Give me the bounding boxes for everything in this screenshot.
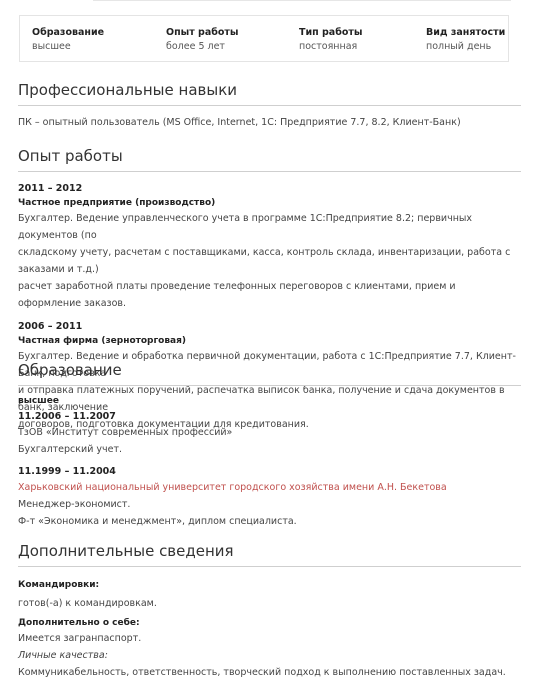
section-title: Образование: [18, 360, 521, 386]
summary-value: высшее: [32, 40, 104, 54]
education-institution: ТзОВ «Институт современных профессий»: [18, 424, 521, 441]
experience-desc-line: складскому учету, расчетам с поставщикам…: [18, 244, 521, 278]
experience-desc-line: расчет заработной платы проведение телеф…: [18, 278, 521, 312]
experience-period: 2006 – 2011: [18, 319, 521, 334]
summary-employment: Вид занятости полный день: [426, 26, 505, 54]
education-item: 11.1999 – 11.2004 Харьковский национальн…: [18, 464, 521, 530]
section-title: Профессиональные навыки: [18, 80, 521, 106]
education-period: 11.2006 – 11.2007: [18, 409, 521, 424]
about-label: Дополнительно о себе:: [18, 616, 521, 630]
experience-company: Частная фирма (зерноторговая): [18, 334, 521, 348]
education-detail: Менеджер-экономист.: [18, 496, 521, 513]
education-item: 11.2006 – 11.2007 ТзОВ «Институт совреме…: [18, 409, 521, 458]
skills-text: ПК – опытный пользователь (MS Office, In…: [18, 114, 521, 131]
skills-section: Профессиональные навыки ПК – опытный пол…: [18, 80, 521, 131]
experience-desc-line: Бухгалтер. Ведение управленческого учета…: [18, 210, 521, 244]
education-period: 11.1999 – 11.2004: [18, 464, 521, 479]
about-line: Имеется загранпаспорт.: [18, 630, 521, 647]
trips-value: готов(-а) к командировкам.: [18, 595, 521, 612]
summary-card: Образование высшее Опыт работы более 5 л…: [19, 15, 509, 62]
summary-education: Образование высшее: [32, 26, 104, 54]
summary-value: полный день: [426, 40, 505, 54]
experience-company: Частное предприятие (производство): [18, 196, 521, 210]
summary-label: Образование: [32, 26, 104, 40]
summary-work-type: Тип работы постоянная: [299, 26, 362, 54]
about-line: Коммуникабельность, ответственность, тво…: [18, 664, 521, 681]
trips-label: Командировки:: [18, 578, 521, 592]
summary-value: более 5 лет: [166, 40, 239, 54]
education-section: Образование высшее 11.2006 – 11.2007 ТзО…: [18, 360, 521, 530]
experience-item: 2011 – 2012 Частное предприятие (произво…: [18, 181, 521, 312]
section-title: Дополнительные сведения: [18, 541, 521, 567]
about-line: Личные качества:: [18, 647, 521, 664]
summary-experience: Опыт работы более 5 лет: [166, 26, 239, 54]
summary-value: постоянная: [299, 40, 362, 54]
education-detail: Ф-т «Экономика и менеджмент», диплом спе…: [18, 513, 521, 530]
education-institution-link[interactable]: Харьковский национальный университет гор…: [18, 482, 447, 493]
additional-section: Дополнительные сведения Командировки: го…: [18, 541, 521, 681]
section-title: Опыт работы: [18, 146, 521, 172]
summary-label: Опыт работы: [166, 26, 239, 40]
education-level: высшее: [18, 394, 521, 408]
education-detail: Бухгалтерский учет.: [18, 441, 521, 458]
top-divider: [93, 0, 511, 1]
experience-period: 2011 – 2012: [18, 181, 521, 196]
summary-label: Тип работы: [299, 26, 362, 40]
summary-label: Вид занятости: [426, 26, 505, 40]
